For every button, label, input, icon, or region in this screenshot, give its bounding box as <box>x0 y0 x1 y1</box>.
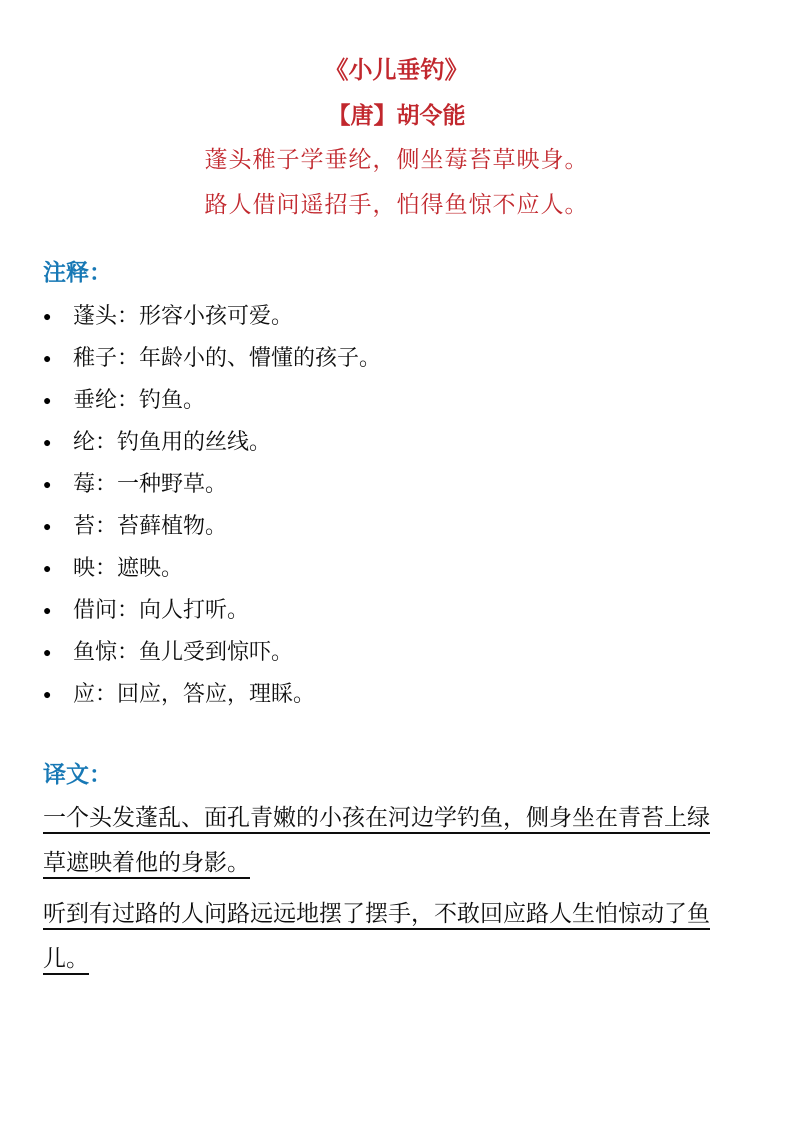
bullet-icon: ● <box>43 673 73 715</box>
note-item: ● 映：遮映。 <box>43 547 750 589</box>
note-item: ● 莓：一种野草。 <box>43 463 750 505</box>
notes-list: ● 蓬头：形容小孩可爱。 ● 稚子：年龄小的、懵懂的孩子。 ● 垂纶：钓鱼。 ●… <box>43 295 750 715</box>
note-text: 鱼惊：鱼儿受到惊吓。 <box>73 631 293 673</box>
note-item: ● 稚子：年龄小的、懵懂的孩子。 <box>43 337 750 379</box>
note-text: 蓬头：形容小孩可爱。 <box>73 295 293 337</box>
bullet-icon: ● <box>43 421 73 463</box>
note-item: ● 纶：钓鱼用的丝线。 <box>43 421 750 463</box>
note-text: 借问：向人打听。 <box>73 589 249 631</box>
note-text: 垂纶：钓鱼。 <box>73 379 205 421</box>
poem-line-1: 蓬头稚子学垂纶，侧坐莓苔草映身。 <box>43 137 750 182</box>
bullet-icon: ● <box>43 337 73 379</box>
note-text: 映：遮映。 <box>73 547 183 589</box>
translation-paragraph-1: 一个头发蓬乱、面孔青嫩的小孩在河边学钓鱼，侧身坐在青苔上绿草遮映着他的身影。 <box>43 795 723 885</box>
note-item: ● 蓬头：形容小孩可爱。 <box>43 295 750 337</box>
notes-section: 注释： ● 蓬头：形容小孩可爱。 ● 稚子：年龄小的、懵懂的孩子。 ● 垂纶：钓… <box>43 257 750 715</box>
translation-section: 译文： 一个头发蓬乱、面孔青嫩的小孩在河边学钓鱼，侧身坐在青苔上绿草遮映着他的身… <box>43 759 750 981</box>
note-text: 莓：一种野草。 <box>73 463 227 505</box>
poem-author: 【唐】胡令能 <box>43 93 750 137</box>
note-text: 稚子：年龄小的、懵懂的孩子。 <box>73 337 381 379</box>
note-text: 纶：钓鱼用的丝线。 <box>73 421 271 463</box>
poem-title: 《小儿垂钓》 <box>43 48 750 93</box>
bullet-icon: ● <box>43 631 73 673</box>
bullet-icon: ● <box>43 295 73 337</box>
bullet-icon: ● <box>43 547 73 589</box>
poem-line-2: 路人借问遥招手，怕得鱼惊不应人。 <box>43 182 750 227</box>
bullet-icon: ● <box>43 505 73 547</box>
note-item: ● 应：回应，答应，理睬。 <box>43 673 750 715</box>
note-item: ● 苔：苔藓植物。 <box>43 505 750 547</box>
bullet-icon: ● <box>43 589 73 631</box>
note-text: 应：回应，答应，理睬。 <box>73 673 315 715</box>
document-page: 《小儿垂钓》 【唐】胡令能 蓬头稚子学垂纶，侧坐莓苔草映身。 路人借问遥招手，怕… <box>0 0 793 1122</box>
note-item: ● 鱼惊：鱼儿受到惊吓。 <box>43 631 750 673</box>
note-item: ● 垂纶：钓鱼。 <box>43 379 750 421</box>
note-item: ● 借问：向人打听。 <box>43 589 750 631</box>
bullet-icon: ● <box>43 463 73 505</box>
note-text: 苔：苔藓植物。 <box>73 505 227 547</box>
translation-paragraph-2: 听到有过路的人问路远远地摆了摆手，不敢回应路人生怕惊动了鱼儿。 <box>43 891 723 981</box>
notes-heading: 注释： <box>43 257 750 287</box>
translation-heading: 译文： <box>43 759 750 789</box>
poem-header: 《小儿垂钓》 【唐】胡令能 蓬头稚子学垂纶，侧坐莓苔草映身。 路人借问遥招手，怕… <box>43 48 750 227</box>
bullet-icon: ● <box>43 379 73 421</box>
